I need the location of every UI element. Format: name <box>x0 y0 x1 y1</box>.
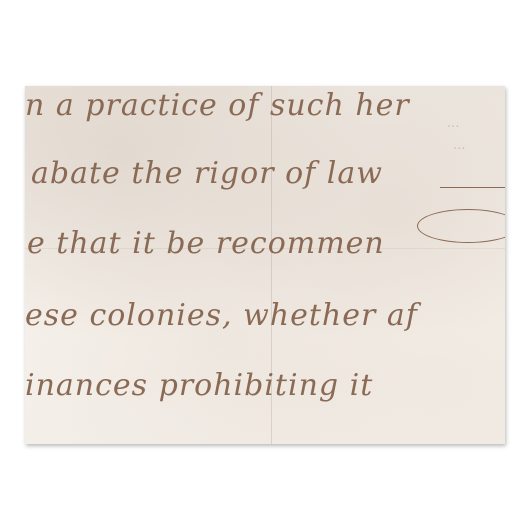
handwriting-line: e that it be recommen <box>27 226 385 261</box>
handwriting-line: n a practice of such her <box>25 88 410 123</box>
parchment-card: ... ... n a practice of such her abate t… <box>25 86 505 444</box>
handwriting-line: ese colonies, whether af <box>25 298 418 333</box>
handwriting-line: inances prohibiting it <box>25 368 373 403</box>
faint-text: ... <box>447 116 459 131</box>
ink-loop <box>417 209 505 243</box>
faint-text: ... <box>453 138 465 153</box>
handwriting-line: abate the rigor of law <box>31 156 383 191</box>
ink-flourish <box>440 187 505 188</box>
